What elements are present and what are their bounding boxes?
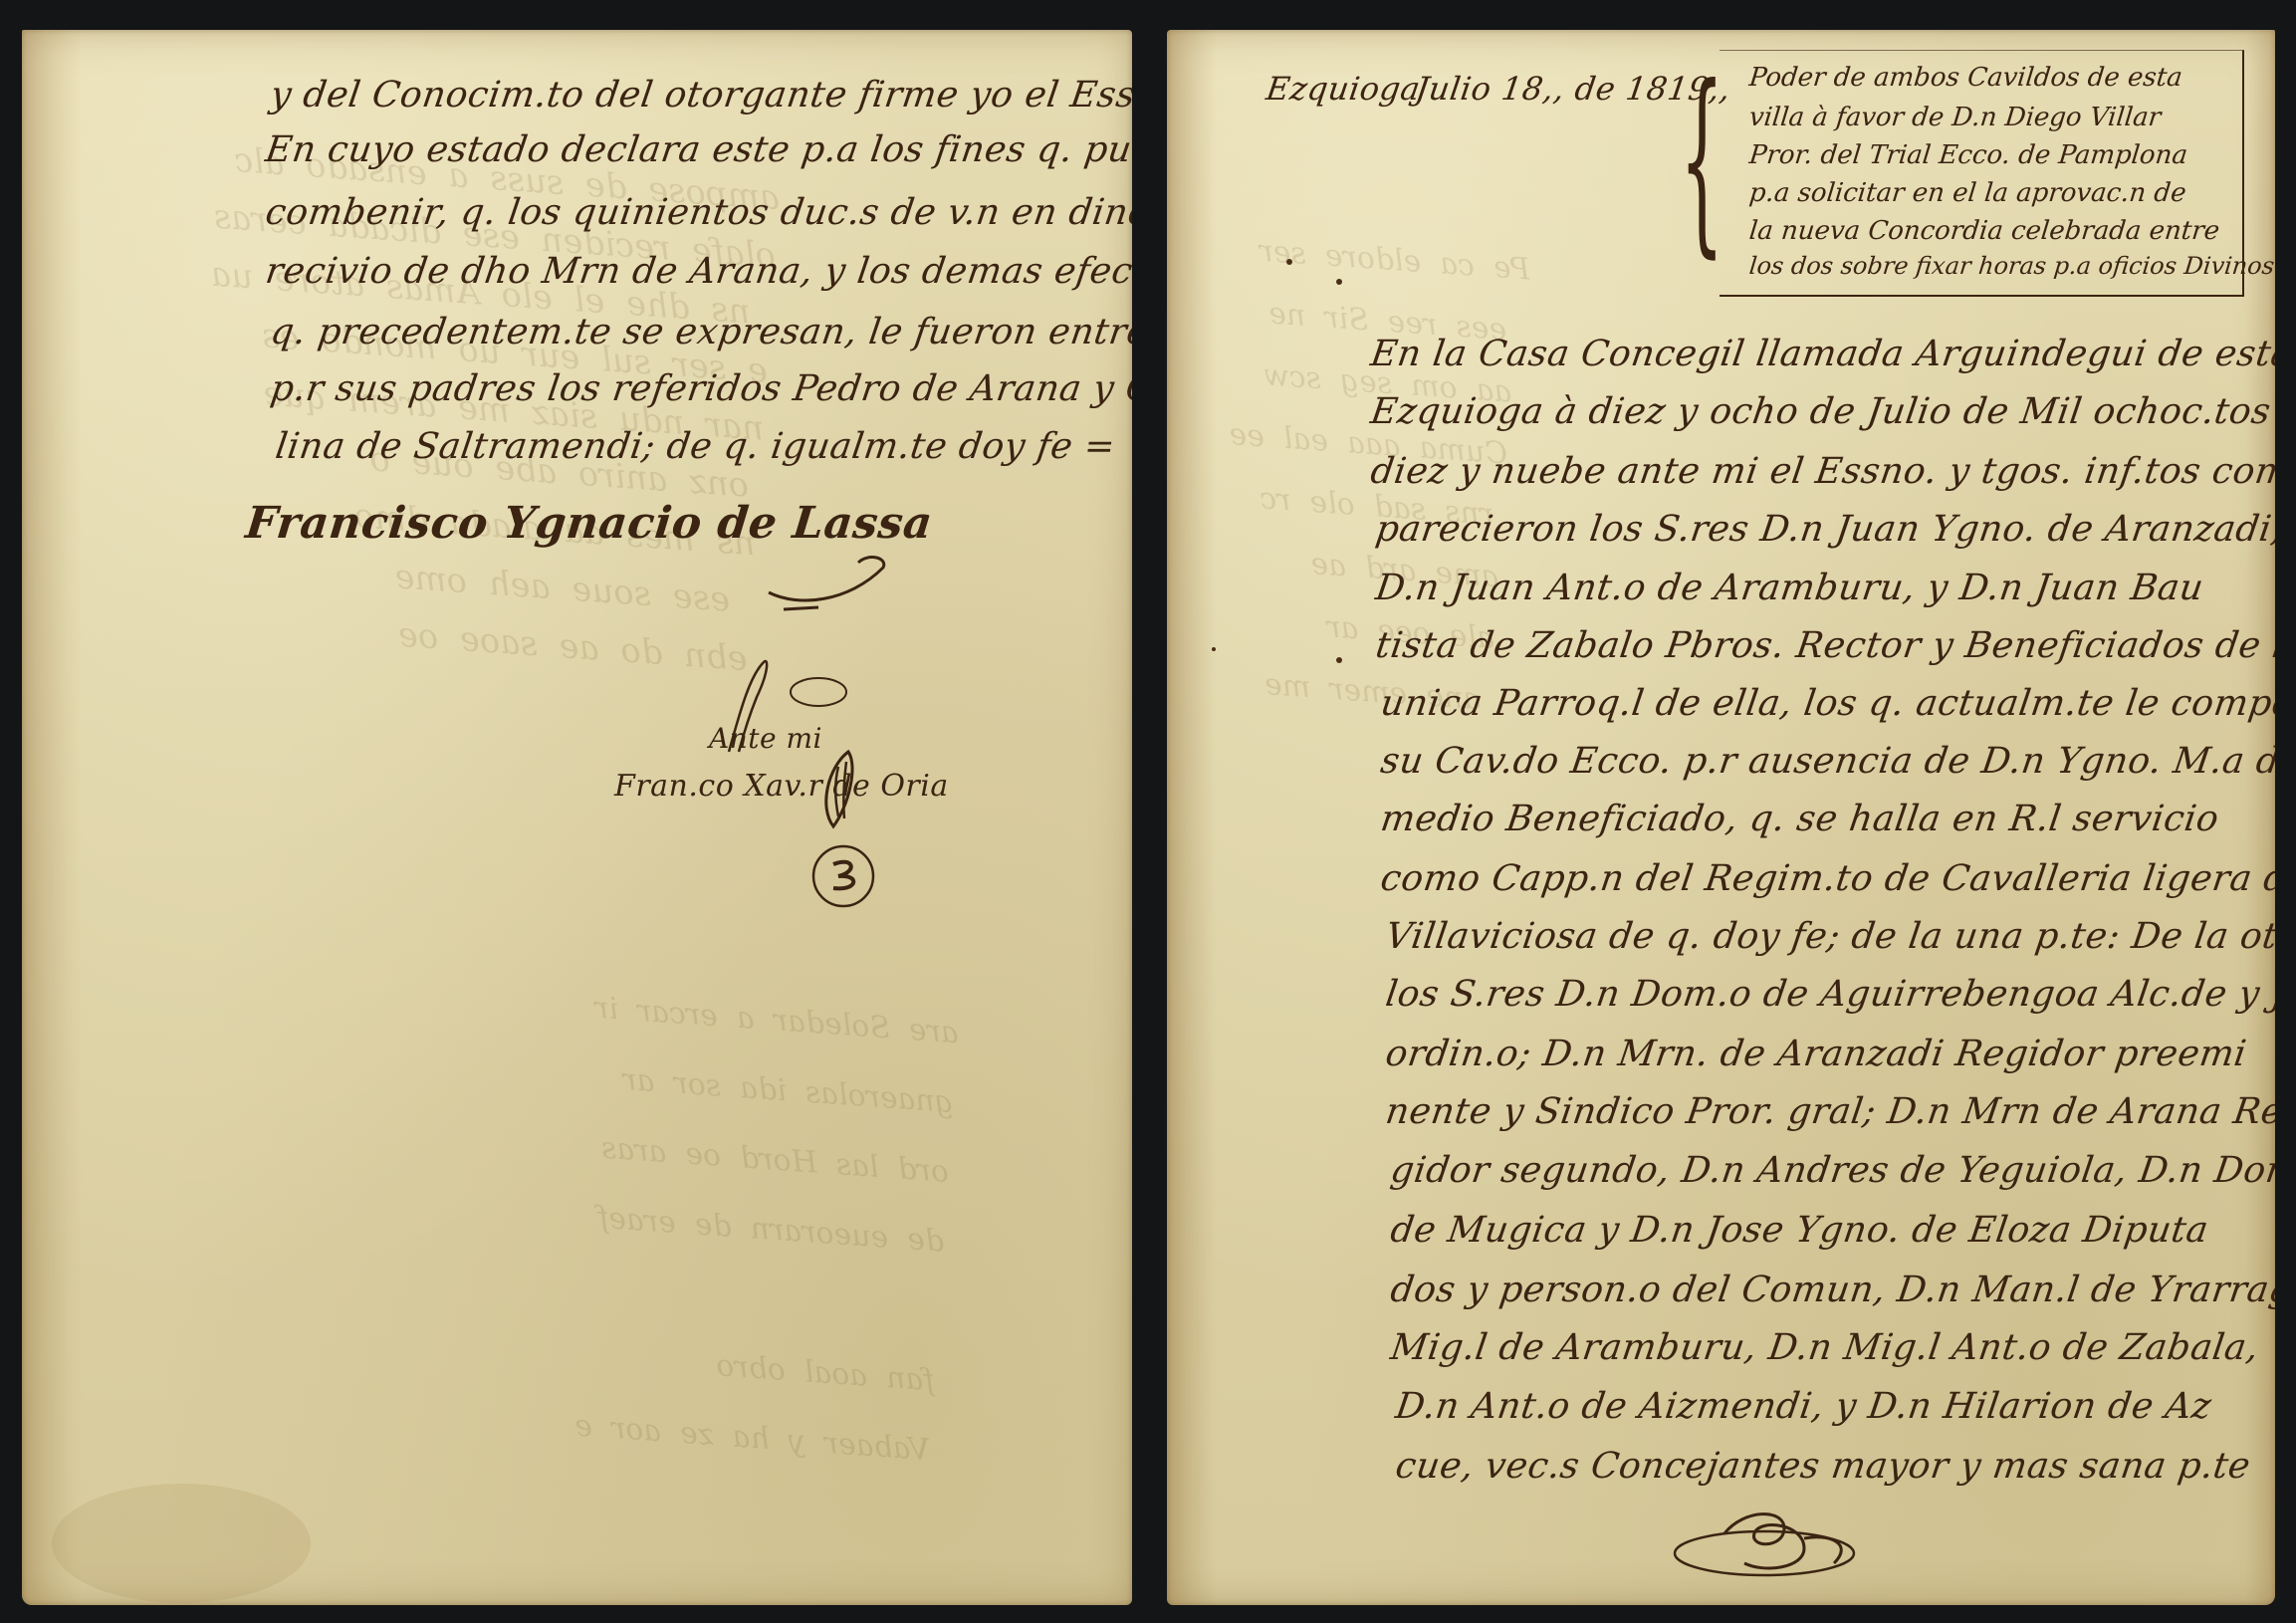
body-line: diez y nuebe ante mi el Essno. y tgos. i… <box>1368 451 2275 492</box>
marginal-line: Pror. del Trial Ecco. de Pamplona <box>1747 140 2188 170</box>
body-line: unica Parroq.l de ella, los q. actualm.t… <box>1378 683 2275 724</box>
left-text-line: y del Conocim.to del otorgante firme yo … <box>268 75 1132 116</box>
ink-spot <box>1336 657 1342 663</box>
marginal-line: villa à favor de D.n Diego Villar <box>1747 103 2162 132</box>
header-place: Ezquioga <box>1263 70 1423 108</box>
grantor-signature: Francisco Ygnacio de Lassa <box>243 498 935 549</box>
ink-spot <box>1212 647 1216 651</box>
left-text-line: p.r sus padres los referidos Pedro de Ar… <box>268 368 1132 409</box>
body-line: D.n Juan Ant.o de Aramburu, y D.n Juan B… <box>1373 568 2206 608</box>
body-line: cue, vec.s Concejantes mayor y mas sana … <box>1393 1446 2253 1487</box>
marginal-line: la nueva Concordia celebrada entre <box>1747 216 2220 246</box>
body-line: su Cav.do Ecco. p.r ausencia de D.n Ygno… <box>1378 741 2275 782</box>
body-line: D.n Ant.o de Aizmendi, y D.n Hilarion de… <box>1393 1386 2214 1427</box>
body-line: Ezquioga à diez y ocho de Julio de Mil o… <box>1368 391 2273 432</box>
body-line: Mig.l de Aramburu, D.n Mig.l Ant.o de Za… <box>1388 1327 2261 1368</box>
bottom-rubric-icon <box>1655 1494 1894 1593</box>
left-text-line: combenir, q. los quinientos duc.s de v.n… <box>263 192 1132 233</box>
notary-name: Fran.co Xav.r de Oria <box>614 769 949 804</box>
left-text-line: lina de Saltramendi; de q. igualm.te doy… <box>273 426 1118 467</box>
brace-icon: { <box>1680 61 1724 260</box>
right-folio: Pe ca eldore ser ees ree Sir ne aa om se… <box>1167 30 2275 1605</box>
body-line: En la Casa Concegil llamada Arguindegui … <box>1368 334 2275 374</box>
notary-ante-mi: Ante mi <box>709 722 822 755</box>
body-line: como Capp.n del Regim.to de Cavalleria l… <box>1378 858 2275 899</box>
body-line: de Mugica y D.n Jose Ygno. de Eloza Dipu… <box>1388 1210 2211 1251</box>
body-line: los S.res D.n Dom.o de Aguirrebengoa Alc… <box>1383 974 2275 1015</box>
bleed-through-text: are Soledar a ercar ir gnaerolas ida sor… <box>563 974 961 1486</box>
marginal-line: Poder de ambos Cavildos de esta <box>1747 63 2183 93</box>
ink-spot <box>1336 279 1342 285</box>
body-line: dos y person.o del Comun, D.n Man.l de Y… <box>1388 1270 2275 1310</box>
left-folio: ampose de suss a ensado alc olafe recide… <box>22 30 1132 1605</box>
left-text-line: q. precedentem.te se expresan, le fueron… <box>268 312 1132 352</box>
marginal-summary-box: { Poder de ambos Cavildos de esta villa … <box>1720 50 2244 297</box>
left-text-line: En cuyo estado declara este p.a los fine… <box>263 129 1132 170</box>
body-line: Villaviciosa de q. doy fe; de la una p.t… <box>1383 916 2275 957</box>
body-line: parecieron los S.res D.n Juan Ygno. de A… <box>1373 509 2275 550</box>
ink-spot <box>1286 259 1292 265</box>
signature-flourish-icon <box>759 548 898 617</box>
marginal-line: los dos sobre fixar horas p.a oficios Di… <box>1748 252 2275 280</box>
body-line: medio Beneficiado, q. se halla en R.l se… <box>1378 799 2221 839</box>
marginal-line: p.a solicitar en el la aprovac.n de <box>1747 178 2187 208</box>
body-line: ordin.o; D.n Mrn. de Aranzadi Regidor pr… <box>1383 1034 2249 1074</box>
body-line: tista de Zabalo Pbros. Rector y Benefici… <box>1373 625 2275 666</box>
body-line: gidor segundo, D.n Andres de Yeguiola, D… <box>1388 1150 2275 1191</box>
left-text-line: recivio de dho Mrn de Arana, y los demas… <box>263 251 1132 292</box>
body-line: nente y Sindico Pror. gral; D.n Mrn de A… <box>1383 1091 2275 1132</box>
